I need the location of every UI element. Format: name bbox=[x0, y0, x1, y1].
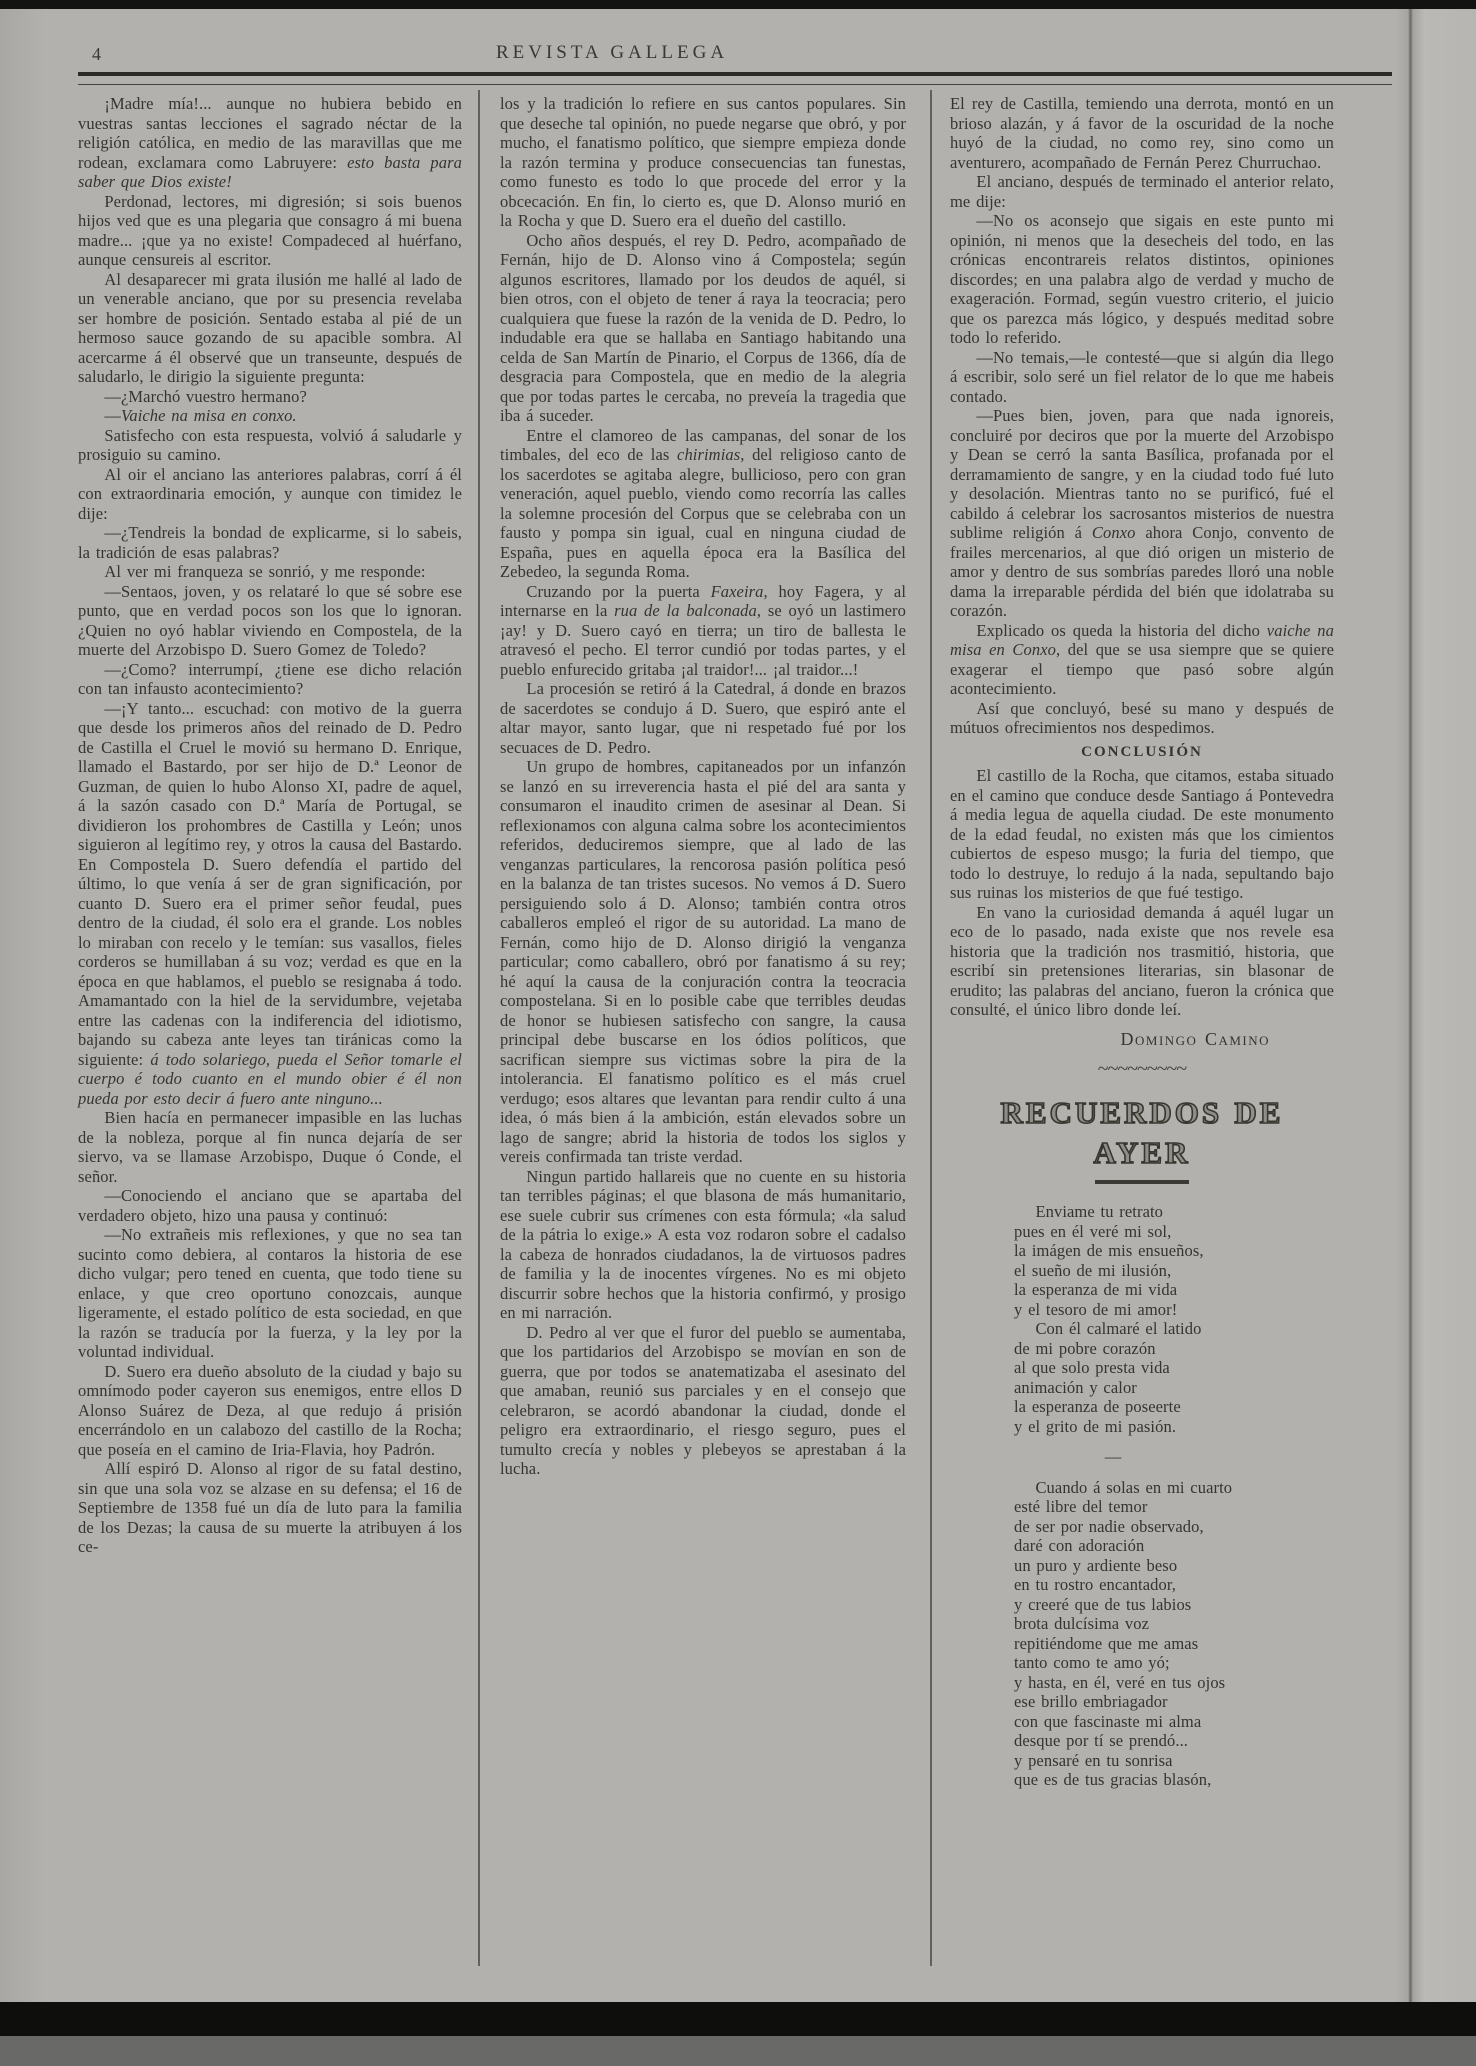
paragraph: —Vaiche na misa en conxo. bbox=[78, 406, 462, 426]
paragraph: —¿Marchó vuestro hermano? bbox=[78, 387, 462, 407]
text-run: Perdonad, lectores, mi digresión; si soi… bbox=[78, 192, 462, 270]
verse-line: de ser por nadie observado, bbox=[1014, 1517, 1334, 1537]
paragraph: —No os aconsejo que sigais en este punto… bbox=[950, 211, 1334, 348]
text-run: La procesión se retiró á la Catedral, á … bbox=[500, 679, 906, 757]
scan-top-edge bbox=[0, 0, 1476, 9]
verse-line: de mi pobre corazón bbox=[1014, 1339, 1334, 1359]
paragraph: Ningun partido hallareis que no cuente e… bbox=[500, 1167, 906, 1323]
paragraph: Cruzando por la puerta Faxeira, hoy Fage… bbox=[500, 582, 906, 680]
verse-line: daré con adoración bbox=[1014, 1536, 1334, 1556]
verse-line: Enviame tu retrato bbox=[1014, 1202, 1334, 1222]
header-rule bbox=[78, 72, 1392, 85]
verse-line: animación y calor bbox=[1014, 1378, 1334, 1398]
text-run: —Pues bien, joven, para que nada ignorei… bbox=[950, 406, 1334, 542]
text-run: Ocho años después, el rey D. Pedro, acom… bbox=[500, 231, 906, 426]
column-2: los y la tradición lo refiere en sus can… bbox=[478, 94, 930, 1479]
paragraph: Bien hacía en permanecer impasible en la… bbox=[78, 1108, 462, 1186]
paragraph: Así que concluyó, besé su mano y después… bbox=[950, 699, 1334, 738]
text-run: Cruzando por la puerta bbox=[526, 582, 710, 601]
text-run: Al ver mi franqueza se sonrió, y me resp… bbox=[104, 562, 425, 581]
paragraph: Allí espiró D. Alonso al rigor de su fat… bbox=[78, 1459, 462, 1557]
text-run: Al oir el anciano las anteriores palabra… bbox=[78, 465, 462, 523]
article-title-block: RECUERDOS DE AYER bbox=[950, 1093, 1334, 1184]
verse-line: Con él calmaré el latido bbox=[1014, 1319, 1334, 1339]
verse-line: en tu rostro encantador, bbox=[1014, 1575, 1334, 1595]
verse-line: y creeré que de tus labios bbox=[1014, 1595, 1334, 1615]
text-run: Explicado os queda la historia del dicho bbox=[976, 621, 1266, 640]
verse-line: pues en él veré mi sol, bbox=[1014, 1222, 1334, 1242]
verse-line: repitiéndome que me amas bbox=[1014, 1634, 1334, 1654]
paragraph: —Sentaos, joven, y os relataré lo que sé… bbox=[78, 582, 462, 660]
text-run: — bbox=[104, 406, 121, 425]
verse-line: al que solo presta vida bbox=[1014, 1358, 1334, 1378]
verse-line: con que fascinaste mi alma bbox=[1014, 1712, 1334, 1732]
verse-line: y pensaré en tu sonrisa bbox=[1014, 1751, 1334, 1771]
paragraph: —¡Y tanto... escuchad: con motivo de la … bbox=[78, 699, 462, 1109]
paragraph: Al ver mi franqueza se sonrió, y me resp… bbox=[78, 562, 462, 582]
text-run: —¿Marchó vuestro hermano? bbox=[104, 387, 307, 406]
text-run: D. Suero era dueño absoluto de la ciudad… bbox=[78, 1362, 462, 1459]
section-heading: CONCLUSIÓN bbox=[950, 743, 1334, 763]
italic-text-run: rua de la balconada bbox=[614, 601, 757, 620]
paragraph: —No extrañeis mis reflexiones, y que no … bbox=[78, 1225, 462, 1362]
verse-line: y hasta, en él, veré en tus ojos bbox=[1014, 1673, 1334, 1693]
paragraph: ¡Madre mía!... aunque no hubiera bebido … bbox=[78, 94, 462, 192]
text-run: Al desaparecer mi grata ilusión me hallé… bbox=[78, 270, 462, 387]
text-run: , del religioso canto de los sacerdotes … bbox=[500, 445, 906, 581]
paragraph: —Conociendo el anciano que se apartaba d… bbox=[78, 1186, 462, 1225]
poem-stanza: Cuando á solas en mi cuartoesté libre de… bbox=[1014, 1478, 1334, 1790]
italic-text-run: Vaiche na misa en conxo. bbox=[121, 406, 297, 425]
paragraph: —¿Como? interrumpí, ¿tiene ese dicho rel… bbox=[78, 660, 462, 699]
text-run: Ningun partido hallareis que no cuente e… bbox=[500, 1167, 906, 1323]
italic-text-run: Faxeira bbox=[711, 582, 764, 601]
text-run: los y la tradición lo refiere en sus can… bbox=[500, 94, 906, 230]
italic-text-run: Conxo bbox=[1092, 523, 1136, 542]
paragraph: Al oir el anciano las anteriores palabra… bbox=[78, 465, 462, 524]
column-3: El rey de Castilla, temiendo una derrota… bbox=[930, 94, 1392, 1790]
column-1: ¡Madre mía!... aunque no hubiera bebido … bbox=[78, 94, 478, 1557]
text-run: Allí espiró D. Alonso al rigor de su fat… bbox=[78, 1459, 462, 1556]
verse-line: y el tesoro de mi amor! bbox=[1014, 1300, 1334, 1320]
paragraph: El castillo de la Rocha, que citamos, es… bbox=[950, 766, 1334, 903]
text-run: El anciano, después de terminado el ante… bbox=[950, 172, 1334, 211]
text-run: D. Pedro al ver que el furor del pueblo … bbox=[500, 1323, 906, 1479]
paragraph: El rey de Castilla, temiendo una derrota… bbox=[950, 94, 1334, 172]
paragraph: D. Pedro al ver que el furor del pueblo … bbox=[500, 1323, 906, 1479]
text-run: Un grupo de hombres, capitaneados por un… bbox=[500, 757, 906, 1166]
text-run: —No temais,—le contesté—que si algún dia… bbox=[950, 348, 1334, 406]
text-run: —Conociendo el anciano que se apartaba d… bbox=[78, 1186, 462, 1225]
paragraph: Ocho años después, el rey D. Pedro, acom… bbox=[500, 231, 906, 426]
poem-stanza: Con él calmaré el latidode mi pobre cora… bbox=[1014, 1319, 1334, 1436]
scan-bottom-edge bbox=[0, 2002, 1476, 2036]
paragraph: Un grupo de hombres, capitaneados por un… bbox=[500, 757, 906, 1167]
text-run: Satisfecho con esta respuesta, volvió á … bbox=[78, 426, 462, 465]
verse-line: que es de tus gracias blasón, bbox=[1014, 1770, 1334, 1790]
verse-line: desque por tí se prendó... bbox=[1014, 1731, 1334, 1751]
verse-line: ese brillo embriagador bbox=[1014, 1692, 1334, 1712]
title-underline bbox=[1095, 1180, 1189, 1184]
scan-bottom-shadow bbox=[0, 2036, 1476, 2066]
page-number: 4 bbox=[92, 44, 101, 65]
verse-line: la esperanza de poseerte bbox=[1014, 1397, 1334, 1417]
paragraph: D. Suero era dueño absoluto de la ciudad… bbox=[78, 1362, 462, 1460]
dash-divider: — bbox=[950, 1447, 1278, 1467]
text-run: —No os aconsejo que sigais en este punto… bbox=[950, 211, 1334, 347]
verse-line: tanto como te amo yó; bbox=[1014, 1653, 1334, 1673]
page-fold-crease bbox=[1408, 9, 1413, 2002]
text-run: —Sentaos, joven, y os relataré lo que sé… bbox=[78, 582, 462, 660]
text-columns: ¡Madre mía!... aunque no hubiera bebido … bbox=[78, 94, 1392, 1790]
verse-line: brota dulcísima voz bbox=[1014, 1614, 1334, 1634]
text-run: Bien hacía en permanecer impasible en la… bbox=[78, 1108, 462, 1186]
verse-line: un puro y ardiente beso bbox=[1014, 1556, 1334, 1576]
wavy-divider: ~~~~~~~~~ bbox=[950, 1059, 1334, 1079]
paragraph: —¿Tendreis la bondad de explicarme, si l… bbox=[78, 523, 462, 562]
text-run: —¡Y tanto... escuchad: con motivo de la … bbox=[78, 699, 462, 1069]
author-signature: Domingo Camino bbox=[950, 1030, 1334, 1050]
paragraph: Al desaparecer mi grata ilusión me hallé… bbox=[78, 270, 462, 387]
verse-line: Cuando á solas en mi cuarto bbox=[1014, 1478, 1334, 1498]
verse-line: y el grito de mi pasión. bbox=[1014, 1417, 1334, 1437]
verse-line: esté libre del temor bbox=[1014, 1497, 1334, 1517]
paragraph: Satisfecho con esta respuesta, volvió á … bbox=[78, 426, 462, 465]
italic-text-run: chirimias bbox=[677, 445, 740, 464]
verse-line: el sueño de mi ilusión, bbox=[1014, 1261, 1334, 1281]
paragraph: Explicado os queda la historia del dicho… bbox=[950, 621, 1334, 699]
poem-stanza: Enviame tu retratopues en él veré mi sol… bbox=[1014, 1202, 1334, 1319]
text-run: —¿Tendreis la bondad de explicarme, si l… bbox=[78, 523, 462, 562]
text-run: Así que concluyó, besé su mano y después… bbox=[950, 699, 1334, 738]
paragraph: —No temais,—le contesté—que si algún dia… bbox=[950, 348, 1334, 407]
verse-line: la imágen de mis ensueños, bbox=[1014, 1241, 1334, 1261]
text-run: —¿Como? interrumpí, ¿tiene ese dicho rel… bbox=[78, 660, 462, 699]
paragraph: Perdonad, lectores, mi digresión; si soi… bbox=[78, 192, 462, 270]
paragraph: En vano la curiosidad demanda á aquél lu… bbox=[950, 903, 1334, 1020]
article-title: RECUERDOS DE AYER bbox=[950, 1093, 1334, 1173]
text-run: El castillo de la Rocha, que citamos, es… bbox=[950, 766, 1334, 902]
paragraph: Entre el clamoreo de las campanas, del s… bbox=[500, 426, 906, 582]
verse-line: la esperanza de mi vida bbox=[1014, 1280, 1334, 1300]
paragraph: los y la tradición lo refiere en sus can… bbox=[500, 94, 906, 231]
text-run: —No extrañeis mis reflexiones, y que no … bbox=[78, 1225, 462, 1361]
text-run: En vano la curiosidad demanda á aquél lu… bbox=[950, 903, 1334, 1020]
publication-title: REVISTA GALLEGA bbox=[452, 42, 772, 64]
paragraph: La procesión se retiró á la Catedral, á … bbox=[500, 679, 906, 757]
text-run: El rey de Castilla, temiendo una derrota… bbox=[950, 94, 1334, 172]
paragraph: —Pues bien, joven, para que nada ignorei… bbox=[950, 406, 1334, 621]
paragraph: El anciano, después de terminado el ante… bbox=[950, 172, 1334, 211]
newspaper-page: 4 REVISTA GALLEGA ¡Madre mía!... aunque … bbox=[0, 0, 1476, 2066]
